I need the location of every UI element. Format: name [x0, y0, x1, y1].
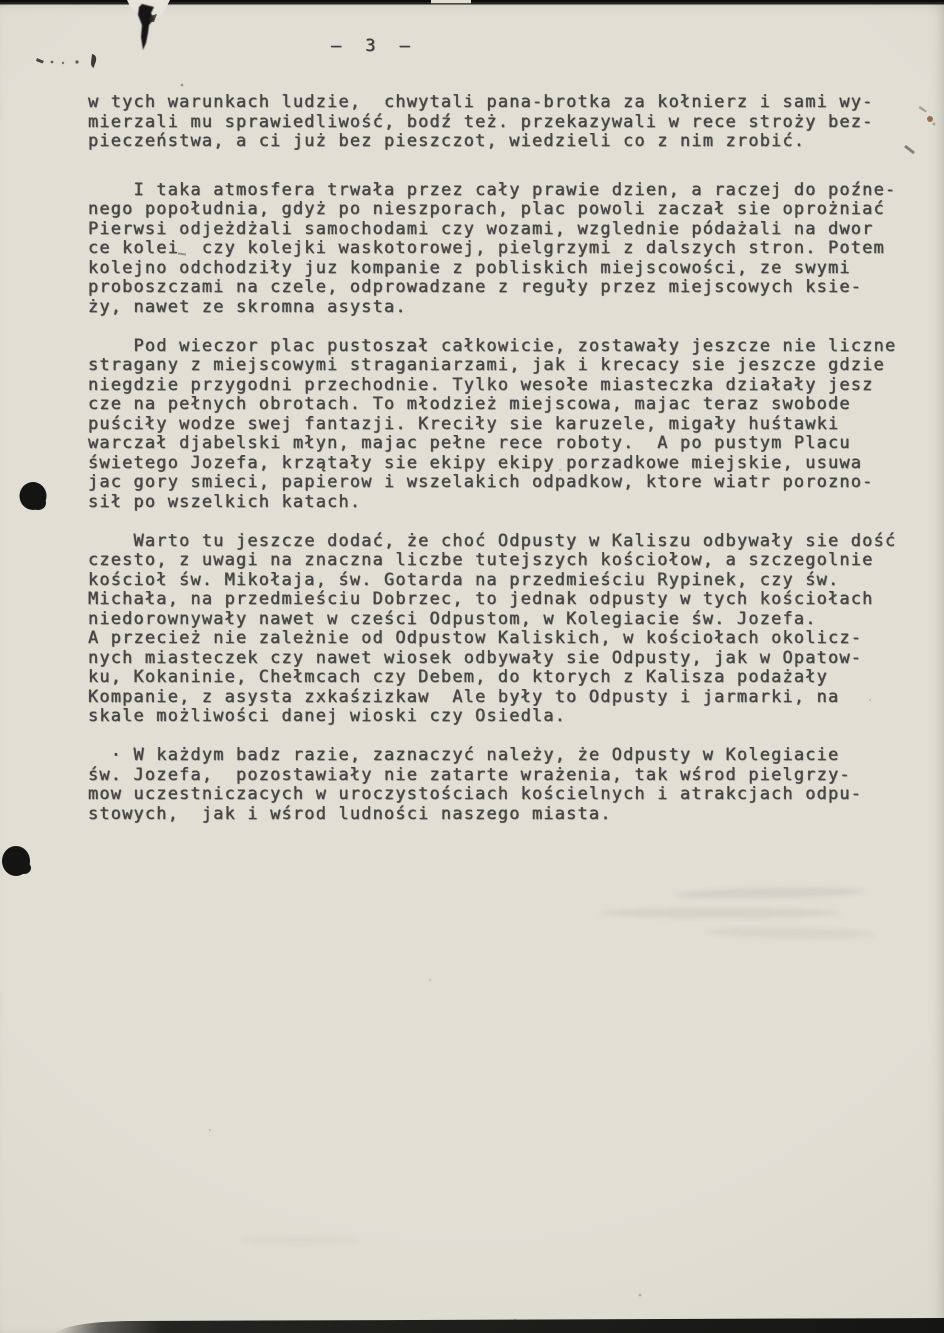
paragraph-5: · W każdym badz razie, zaznaczyć należy,… [88, 746, 926, 824]
ghost-smudges [240, 886, 875, 1244]
page-number: — 3 — [331, 36, 411, 56]
bottom-edge-shadow [55, 1318, 944, 1333]
hole-punch-bottom [2, 846, 31, 876]
paragraph-4: Warto tu jeszcze dodać, że choć Odpusty … [88, 532, 926, 727]
document-page: — 3 — w tych warunkach ludzie, chwytali … [0, 0, 944, 1333]
hole-punch-top [20, 482, 47, 510]
paragraph-3: Pod wieczor plac pustoszał całkowicie, z… [88, 337, 926, 513]
paper-tear [127, 0, 170, 50]
top-edge-shadow [0, 0, 944, 5]
paragraph-2: I taka atmosfera trwała przez cały prawi… [88, 181, 926, 318]
typescript-text: w tych warunkach ludzie, chwytali pana-b… [88, 93, 926, 824]
rust-speck [927, 116, 936, 126]
paragraph-1: w tych warunkach ludzie, chwytali pana-b… [88, 93, 926, 152]
